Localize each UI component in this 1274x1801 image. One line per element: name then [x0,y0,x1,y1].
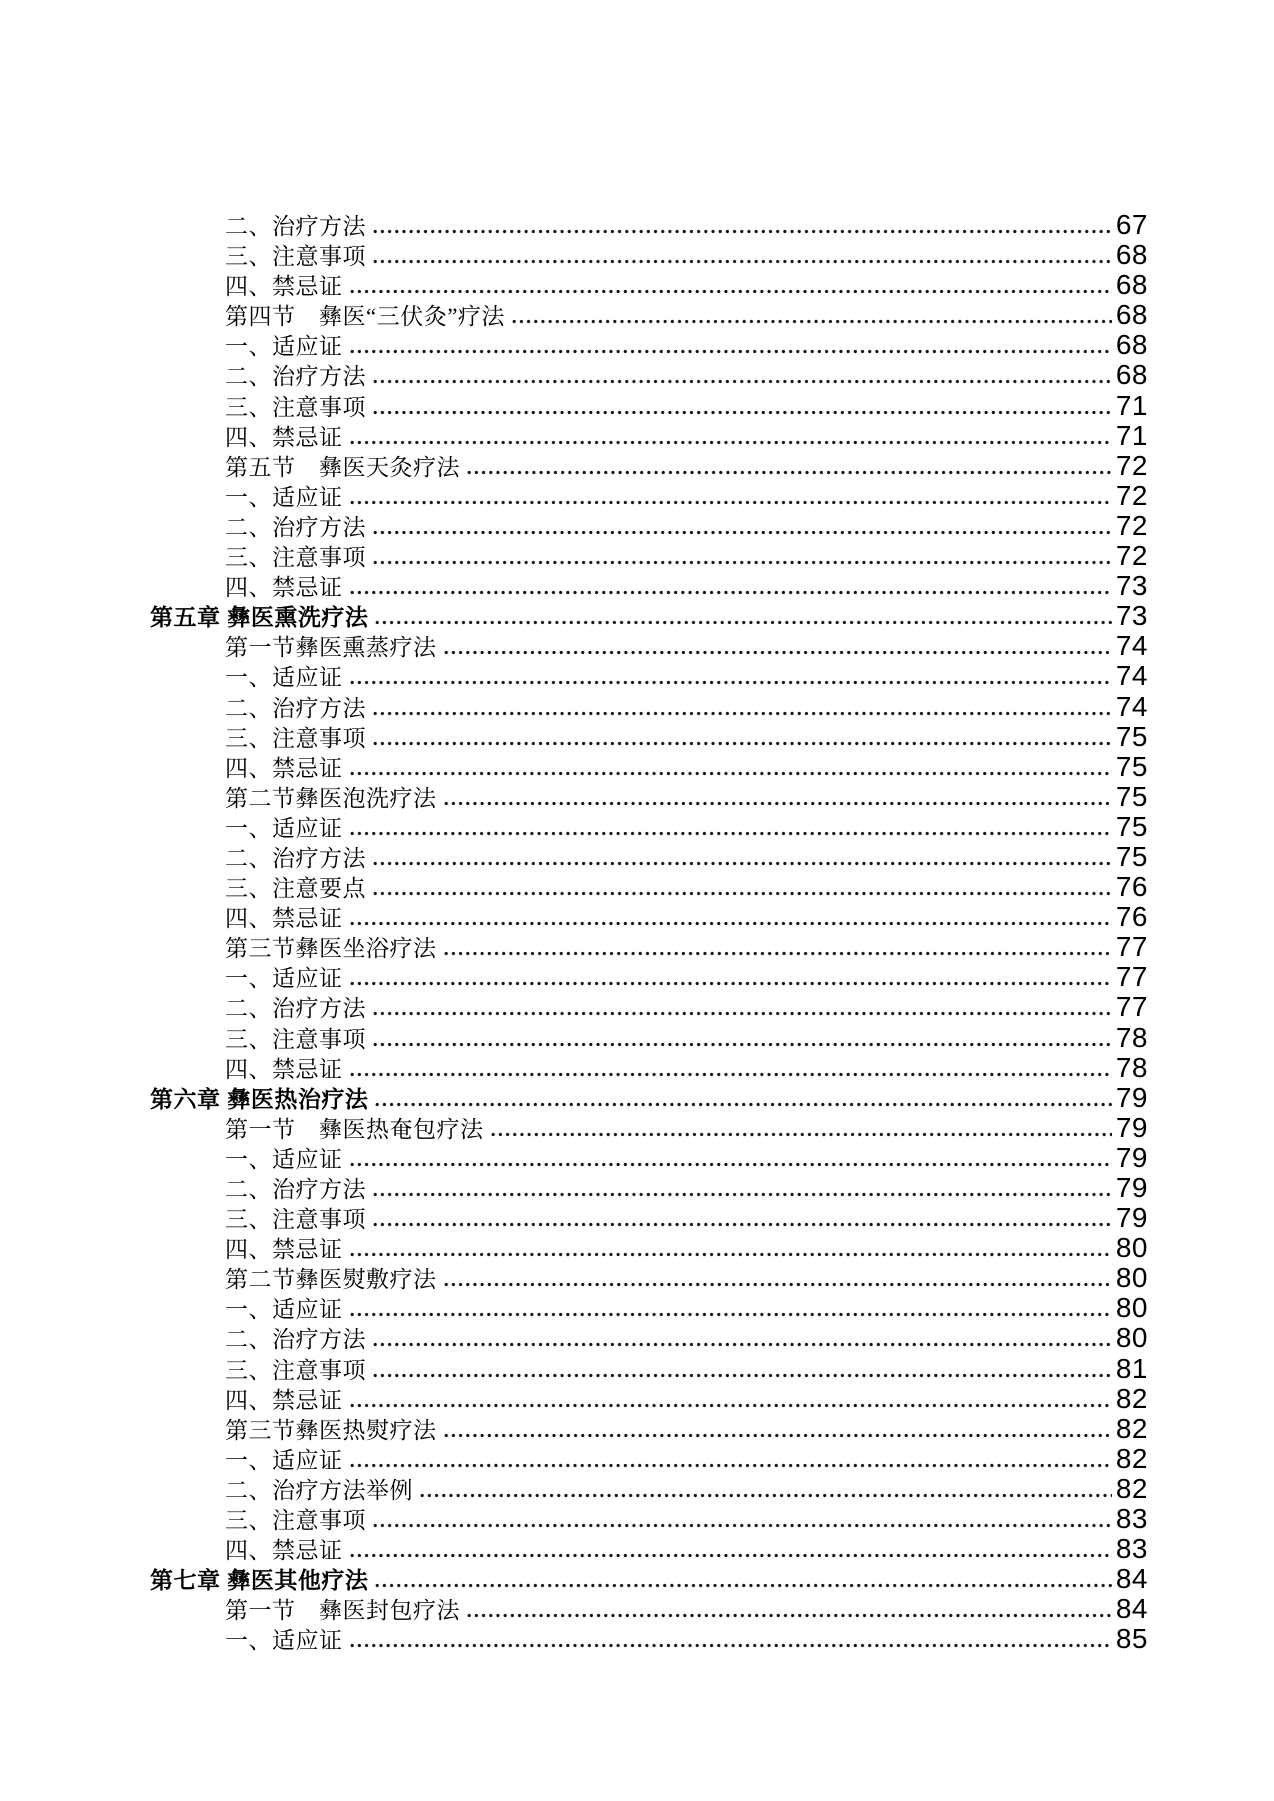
toc-entry-label: 二、治疗方法 [225,840,366,873]
toc-entry-label: 一、适应证 [225,328,343,361]
toc-entry: 二、治疗方法 77 [150,990,1148,1020]
toc-page-number: 71 [1116,390,1148,422]
toc-page-number: 72 [1116,450,1148,482]
toc-entry-label: 第二节彝医泡洗疗法 [225,780,437,813]
toc-page-number: 71 [1116,420,1148,452]
toc-dot-leader [350,1252,1112,1257]
toc-entry-label: 二、治疗方法举例 [225,1472,413,1505]
toc-dot-leader [373,1222,1112,1227]
toc-entry-label: 一、适应证 [225,479,343,512]
toc-dot-leader [373,1192,1112,1197]
toc-entry: 二、治疗方法 80 [150,1321,1148,1351]
toc-entry-label: 二、治疗方法 [225,1171,366,1204]
toc-entry-label: 三、注意事项 [225,1352,366,1385]
toc-entry: 第一节彝医熏蒸疗法 74 [150,629,1148,659]
toc-dot-leader [467,470,1112,475]
toc-dot-leader [512,319,1112,324]
toc-page-number: 73 [1116,600,1148,632]
toc-entry-label: 四、禁忌证 [225,1051,343,1084]
toc-entry-label: 一、适应证 [225,1141,343,1174]
toc-dot-leader [373,530,1112,535]
toc-entry-label: 四、禁忌证 [225,900,343,933]
toc-page-number: 81 [1116,1353,1148,1385]
toc-entry-label: 第五节 彝医天灸疗法 [225,449,460,482]
toc-entry: 四、禁忌证 76 [150,900,1148,930]
toc-dot-leader [373,560,1112,565]
toc-entry-label: 三、注意事项 [225,1201,366,1234]
toc-page-number: 67 [1116,209,1148,241]
toc-entry: 三、注意事项 81 [150,1352,1148,1382]
toc-entry: 第五节 彝医天灸疗法 72 [150,449,1148,479]
toc-page-number: 74 [1116,660,1148,692]
document-page: 二、治疗方法 67 三、注意事项 68 四、禁忌证 68 第四节 彝医“三伏灸”… [0,0,1274,1801]
toc-entry-label: 四、禁忌证 [225,1231,343,1264]
toc-entry: 二、治疗方法 72 [150,509,1148,539]
toc-dot-leader [373,861,1112,866]
toc-entry-label: 一、适应证 [225,1442,343,1475]
toc-dot-leader [373,1042,1112,1047]
toc-entry-label: 二、治疗方法 [225,690,366,723]
toc-dot-leader [350,1553,1112,1558]
toc-entry-label: 第一节 彝医封包疗法 [225,1592,460,1625]
toc-entry-label: 四、禁忌证 [225,750,343,783]
toc-page-number: 82 [1116,1443,1148,1475]
toc-dot-leader [350,500,1112,505]
toc-entry: 三、注意要点 76 [150,870,1148,900]
toc-entry: 三、注意事项 83 [150,1502,1148,1532]
toc-page-number: 79 [1116,1172,1148,1204]
toc-dot-leader [373,1011,1112,1016]
toc-entry: 四、禁忌证 80 [150,1231,1148,1261]
toc-page-number: 80 [1116,1292,1148,1324]
toc-entry-label: 二、治疗方法 [225,358,366,391]
toc-page-number: 68 [1116,329,1148,361]
toc-dot-leader [373,379,1112,384]
toc-entry-label: 第三节彝医热熨疗法 [225,1412,437,1445]
toc-entry: 二、治疗方法举例 82 [150,1472,1148,1502]
toc-entry-label: 第七章 彝医其他疗法 [150,1562,368,1595]
toc-entry: 第三节彝医坐浴疗法 77 [150,930,1148,960]
toc-page-number: 84 [1116,1563,1148,1595]
toc-dot-leader [350,1312,1112,1317]
toc-page-number: 77 [1116,991,1148,1023]
toc-dot-leader [350,771,1112,776]
toc-entry-label: 四、禁忌证 [225,1532,343,1565]
toc-entry: 一、适应证 85 [150,1622,1148,1652]
toc-entry-label: 三、注意事项 [225,1502,366,1535]
toc-entry: 三、注意事项 79 [150,1201,1148,1231]
toc-entry: 四、禁忌证 82 [150,1382,1148,1412]
toc-dot-leader [444,1282,1112,1287]
toc-dot-leader [350,981,1112,986]
toc-entry-label: 二、治疗方法 [225,990,366,1023]
toc-entry: 一、适应证 77 [150,960,1148,990]
toc-page-number: 75 [1116,811,1148,843]
toc-dot-leader [350,1162,1112,1167]
toc-page-number: 79 [1116,1082,1148,1114]
toc-entry-label: 一、适应证 [225,960,343,993]
toc-dot-leader [373,1373,1112,1378]
toc-entry: 二、治疗方法 68 [150,358,1148,388]
toc-entry-label: 四、禁忌证 [225,1382,343,1415]
toc-dot-leader [373,741,1112,746]
toc-entry: 四、禁忌证 68 [150,268,1148,298]
toc-entry-label: 第四节 彝医“三伏灸”疗法 [225,298,505,331]
toc-entry-label: 二、治疗方法 [225,1321,366,1354]
toc-dot-leader [373,891,1112,896]
toc-entry: 三、注意事项 71 [150,389,1148,419]
toc-page-number: 79 [1116,1112,1148,1144]
toc-entry: 一、适应证 72 [150,479,1148,509]
toc-entry-label: 三、注意事项 [225,238,366,271]
toc-entry: 二、治疗方法 67 [150,208,1148,238]
toc-entry-label: 四、禁忌证 [225,419,343,452]
toc-page-number: 77 [1116,961,1148,993]
toc-page-number: 80 [1116,1232,1148,1264]
toc-entry-label: 一、适应证 [225,1622,343,1655]
toc-page-number: 85 [1116,1623,1148,1655]
toc-dot-leader [373,1342,1112,1347]
toc-entry-label: 四、禁忌证 [225,268,343,301]
toc-dot-leader [350,1072,1112,1077]
toc-entry-label: 四、禁忌证 [225,569,343,602]
toc-page-number: 83 [1116,1533,1148,1565]
toc-entry-label: 第五章 彝医熏洗疗法 [150,599,368,632]
toc-entry-label: 第一节 彝医热奄包疗法 [225,1111,484,1144]
toc-page-number: 82 [1116,1383,1148,1415]
toc-entry-label: 第六章 彝医热治疗法 [150,1081,368,1114]
toc-page-number: 75 [1116,721,1148,753]
toc-dot-leader [350,1403,1112,1408]
toc-entry: 第一节 彝医热奄包疗法 79 [150,1111,1148,1141]
toc-page-number: 76 [1116,871,1148,903]
toc-dot-leader [350,921,1112,926]
toc-dot-leader [444,951,1112,956]
toc-entry-label: 二、治疗方法 [225,208,366,241]
toc-page-number: 84 [1116,1593,1148,1625]
toc-page-number: 82 [1116,1413,1148,1445]
toc-entry: 第二节彝医泡洗疗法 75 [150,780,1148,810]
toc-entry: 三、注意事项 68 [150,238,1148,268]
toc-page-number: 78 [1116,1022,1148,1054]
toc-list: 二、治疗方法 67 三、注意事项 68 四、禁忌证 68 第四节 彝医“三伏灸”… [150,208,1148,1653]
toc-dot-leader [375,1102,1111,1107]
toc-dot-leader [350,680,1112,685]
toc-page-number: 80 [1116,1262,1148,1294]
toc-dot-leader [420,1493,1112,1498]
toc-dot-leader [375,1583,1111,1588]
toc-page-number: 79 [1116,1142,1148,1174]
toc-entry-label: 三、注意要点 [225,870,366,903]
toc-page-number: 72 [1116,540,1148,572]
toc-entry-label: 一、适应证 [225,659,343,692]
toc-entry-label: 第一节彝医熏蒸疗法 [225,629,437,662]
toc-entry-label: 一、适应证 [225,810,343,843]
toc-dot-leader [350,1463,1112,1468]
toc-entry: 四、禁忌证 71 [150,419,1148,449]
toc-page-number: 68 [1116,269,1148,301]
toc-entry: 二、治疗方法 74 [150,690,1148,720]
toc-page-number: 79 [1116,1202,1148,1234]
toc-page-number: 80 [1116,1322,1148,1354]
toc-entry: 一、适应证 75 [150,810,1148,840]
toc-page-number: 78 [1116,1052,1148,1084]
toc-dot-leader [350,1643,1112,1648]
toc-dot-leader [373,259,1112,264]
toc-dot-leader [350,440,1112,445]
toc-entry: 一、适应证 79 [150,1141,1148,1171]
toc-entry: 四、禁忌证 75 [150,750,1148,780]
toc-page-number: 74 [1116,691,1148,723]
toc-page-number: 73 [1116,570,1148,602]
toc-dot-leader [491,1132,1112,1137]
toc-entry-label: 三、注意事项 [225,720,366,753]
toc-entry: 第五章 彝医熏洗疗法 73 [150,599,1148,629]
toc-dot-leader [373,410,1112,415]
toc-dot-leader [444,1433,1112,1438]
toc-entry: 三、注意事项 78 [150,1021,1148,1051]
toc-entry-label: 第二节彝医熨敷疗法 [225,1261,437,1294]
toc-entry: 二、治疗方法 75 [150,840,1148,870]
toc-page-number: 72 [1116,510,1148,542]
toc-entry: 四、禁忌证 73 [150,569,1148,599]
toc-dot-leader [373,711,1112,716]
toc-page-number: 68 [1116,359,1148,391]
toc-page-number: 72 [1116,480,1148,512]
toc-entry: 第六章 彝医热治疗法 79 [150,1081,1148,1111]
toc-entry: 第二节彝医熨敷疗法 80 [150,1261,1148,1291]
toc-dot-leader [373,1523,1112,1528]
toc-entry: 四、禁忌证 78 [150,1051,1148,1081]
toc-page-number: 68 [1116,239,1148,271]
toc-dot-leader [373,229,1112,234]
toc-entry-label: 三、注意事项 [225,539,366,572]
toc-entry: 第一节 彝医封包疗法 84 [150,1592,1148,1622]
toc-page-number: 68 [1116,299,1148,331]
toc-entry: 第三节彝医热熨疗法 82 [150,1412,1148,1442]
toc-entry-label: 三、注意事项 [225,389,366,422]
toc-page-number: 75 [1116,751,1148,783]
toc-entry: 一、适应证 68 [150,328,1148,358]
toc-page-number: 77 [1116,931,1148,963]
toc-entry-label: 二、治疗方法 [225,509,366,542]
toc-entry: 二、治疗方法 79 [150,1171,1148,1201]
toc-page-number: 74 [1116,630,1148,662]
toc-dot-leader [350,831,1112,836]
toc-dot-leader [375,620,1111,625]
toc-page-number: 76 [1116,901,1148,933]
toc-entry: 一、适应证 80 [150,1291,1148,1321]
toc-dot-leader [444,650,1112,655]
toc-dot-leader [444,801,1112,806]
toc-entry-label: 一、适应证 [225,1291,343,1324]
toc-page-number: 75 [1116,781,1148,813]
toc-dot-leader [467,1613,1112,1618]
toc-entry: 三、注意事项 75 [150,720,1148,750]
toc-page-number: 83 [1116,1503,1148,1535]
toc-entry: 四、禁忌证 83 [150,1532,1148,1562]
toc-entry: 第七章 彝医其他疗法 84 [150,1562,1148,1592]
toc-entry: 一、适应证 74 [150,659,1148,689]
toc-dot-leader [350,590,1112,595]
toc-dot-leader [350,289,1112,294]
toc-dot-leader [350,349,1112,354]
toc-entry: 三、注意事项 72 [150,539,1148,569]
toc-page-number: 75 [1116,841,1148,873]
toc-page-number: 82 [1116,1473,1148,1505]
toc-entry: 第四节 彝医“三伏灸”疗法 68 [150,298,1148,328]
toc-entry-label: 第三节彝医坐浴疗法 [225,930,437,963]
toc-entry-label: 三、注意事项 [225,1021,366,1054]
toc-entry: 一、适应证 82 [150,1442,1148,1472]
